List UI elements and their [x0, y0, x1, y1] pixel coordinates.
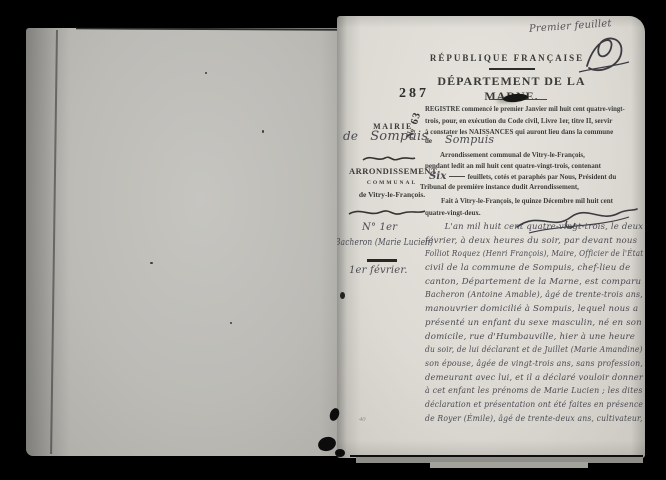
arrondissement-place: de Vitry-le-François. [349, 190, 435, 199]
act-line: de Royer (Émile), âgé de trente-deux ans… [425, 413, 619, 427]
pencil-mark: 40 [359, 416, 366, 423]
ink-blob [335, 449, 345, 457]
ink-speck [150, 262, 153, 264]
ink-speck [205, 72, 207, 74]
act-number: N° 1er [362, 222, 397, 233]
register-line: Sixfeuillets, cotés et paraphés par Nous… [429, 171, 625, 182]
feuillets-count-handwritten: Six [429, 171, 447, 182]
mairie-commune-handwritten: de Sompuis [343, 129, 428, 144]
act-line: février, à deux heures du soir, par deva… [425, 235, 643, 249]
ink-blob [340, 292, 345, 299]
commune-name: Sompuis [370, 129, 428, 144]
act-margin-rule [367, 259, 397, 262]
register-line: pendant ledit an mil huit cent quatre-vi… [425, 162, 613, 170]
ink-speck [230, 322, 232, 324]
act-line: L'an mil huit cent quatre-vingt-trois, l… [425, 221, 639, 235]
feuillets-text: feuillets, cotés et paraphés par Nous, P… [468, 173, 617, 181]
act-margin-date: 1er février. [349, 265, 408, 276]
act-line: à cet enfant les prénoms de Marie Lucien… [425, 385, 626, 399]
mairie-flourish-icon [361, 152, 417, 164]
act-line: civil de la commune de Sompuis, chef-lie… [425, 262, 643, 276]
act-line: déclaration et présentation ont été fait… [425, 399, 619, 413]
act-line: du soir, de lui déclarant et de Juillet … [425, 344, 615, 358]
commune-handwritten: Sompuis [445, 133, 494, 146]
act-line: domicile, rue d'Humbauville, hier à une … [425, 331, 643, 345]
de-label: de [425, 137, 432, 145]
ink-speck [262, 130, 264, 133]
arrondissement-flourish-icon [347, 205, 427, 219]
fait-line: quatre-vingt-deux. [425, 209, 495, 217]
de-label: de [343, 129, 358, 143]
register-line: REGISTRE commencé le premier Janvier mil… [425, 105, 618, 113]
register-line: Tribunal de première instance dudit Arro… [420, 183, 595, 191]
act-line: demeurant avec lui, et il a déclaré voul… [425, 372, 635, 386]
title-rule [489, 68, 535, 70]
right-register-page: Premier feuillet RÉPUBLIQUE FRANÇAISE DÉ… [337, 16, 645, 458]
act-line: canton, Département de la Marne, est com… [425, 276, 643, 290]
register-line: trois, pour, en exécution du Code civil,… [425, 117, 625, 125]
act-margin-name: Bacheron (Marie Lucien) [337, 237, 412, 248]
arrondissement-label: ARRONDISSEMENT [349, 166, 435, 176]
register-line: Arrondissement communal de Vitry-le-Fran… [440, 151, 612, 159]
scanned-register-spread: Premier feuillet RÉPUBLIQUE FRANÇAISE DÉ… [0, 0, 666, 480]
act-line: Bacheron (Antoine Amable), âgé de trente… [425, 289, 625, 303]
republic-title: RÉPUBLIQUE FRANÇAISE [407, 53, 607, 63]
left-blank-page [26, 28, 346, 456]
filler-dash [449, 176, 465, 177]
act-line: manouvrier domicilié à Sompuis, lequel n… [425, 303, 643, 317]
act-line: présenté un enfant du sexe masculin, né … [425, 317, 643, 331]
page-block-edge [430, 462, 588, 468]
act-line: Folliot Roquez (Henri François), Maire, … [425, 248, 609, 262]
act-line: son épouse, âgée de vingt-trois ans, san… [425, 358, 623, 372]
act-body: L'an mil huit cent quatre-vingt-trois, l… [425, 221, 643, 426]
